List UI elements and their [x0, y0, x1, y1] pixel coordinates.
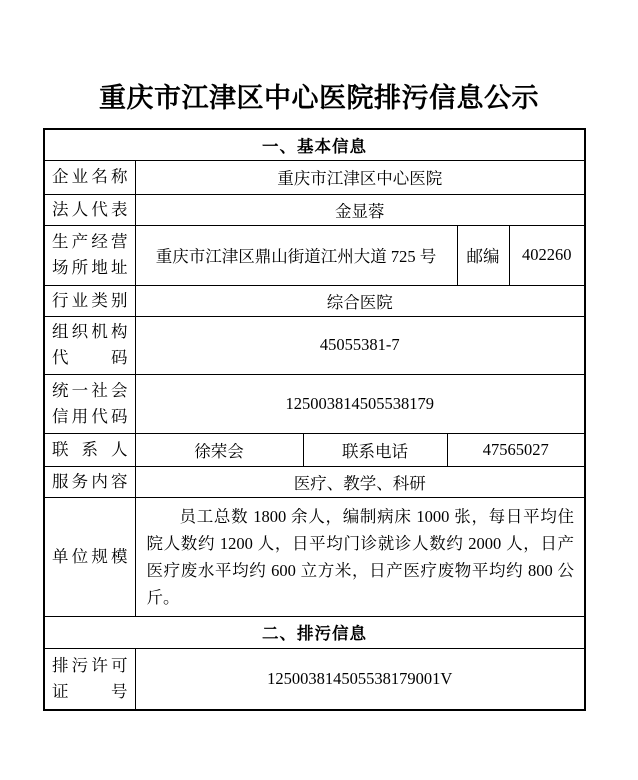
company-name-label: 企业名称 — [44, 160, 135, 194]
page-title: 重庆市江津区中心医院排污信息公示 — [0, 76, 638, 115]
row-org-code: 组织机构代码 45055381-7 — [44, 316, 585, 374]
address-value: 重庆市江津区鼎山街道江州大道 725 号 — [135, 225, 457, 285]
contact-value: 徐荣会 — [135, 433, 303, 466]
scale-value: 员工总数 1800 余人，编制病床 1000 张，每日平均住院人数约 1200 … — [135, 497, 585, 616]
discharge-info-section-header: 二、排污信息 — [44, 616, 585, 648]
permit-no-label: 排污许可证号 — [44, 648, 135, 710]
org-code-label: 组织机构代码 — [44, 316, 135, 374]
contact-phone-label: 联系电话 — [303, 433, 447, 466]
basic-info-section-header: 一、基本信息 — [44, 129, 585, 160]
industry-value: 综合医院 — [135, 285, 585, 316]
section-row-discharge-info: 二、排污信息 — [44, 616, 585, 648]
row-contact: 联系人 徐荣会 联系电话 47565027 — [44, 433, 585, 466]
document-page: { "page": { "title": "重庆市江津区中心医院排污信息公示" … — [0, 0, 638, 780]
row-services: 服务内容 医疗、教学、科研 — [44, 466, 585, 497]
scale-label: 单位规模 — [44, 497, 135, 616]
row-credit-code: 统一社会信用代码 125003814505538179 — [44, 374, 585, 433]
permit-no-value: 125003814505538179001V — [135, 648, 585, 710]
address-label: 生产经营场所地址 — [44, 225, 135, 285]
postal-code-value: 402260 — [509, 225, 585, 285]
contact-label: 联系人 — [44, 433, 135, 466]
contact-phone-value: 47565027 — [447, 433, 585, 466]
industry-label: 行业类别 — [44, 285, 135, 316]
legal-representative-value: 金显蓉 — [135, 194, 585, 225]
disclosure-table: 一、基本信息 企业名称 重庆市江津区中心医院 法人代表 金显蓉 生产经营场所地址… — [43, 128, 586, 711]
row-legal-representative: 法人代表 金显蓉 — [44, 194, 585, 225]
row-permit-no: 排污许可证号 125003814505538179001V — [44, 648, 585, 710]
credit-code-value: 125003814505538179 — [135, 374, 585, 433]
section-row-basic-info: 一、基本信息 — [44, 129, 585, 160]
credit-code-label: 统一社会信用代码 — [44, 374, 135, 433]
legal-representative-label: 法人代表 — [44, 194, 135, 225]
row-company-name: 企业名称 重庆市江津区中心医院 — [44, 160, 585, 194]
postal-code-label: 邮编 — [457, 225, 509, 285]
services-label: 服务内容 — [44, 466, 135, 497]
row-industry: 行业类别 综合医院 — [44, 285, 585, 316]
row-address: 生产经营场所地址 重庆市江津区鼎山街道江州大道 725 号 邮编 402260 — [44, 225, 585, 285]
services-value: 医疗、教学、科研 — [135, 466, 585, 497]
row-scale: 单位规模 员工总数 1800 余人，编制病床 1000 张，每日平均住院人数约 … — [44, 497, 585, 616]
company-name-value: 重庆市江津区中心医院 — [135, 160, 585, 194]
org-code-value: 45055381-7 — [135, 316, 585, 374]
